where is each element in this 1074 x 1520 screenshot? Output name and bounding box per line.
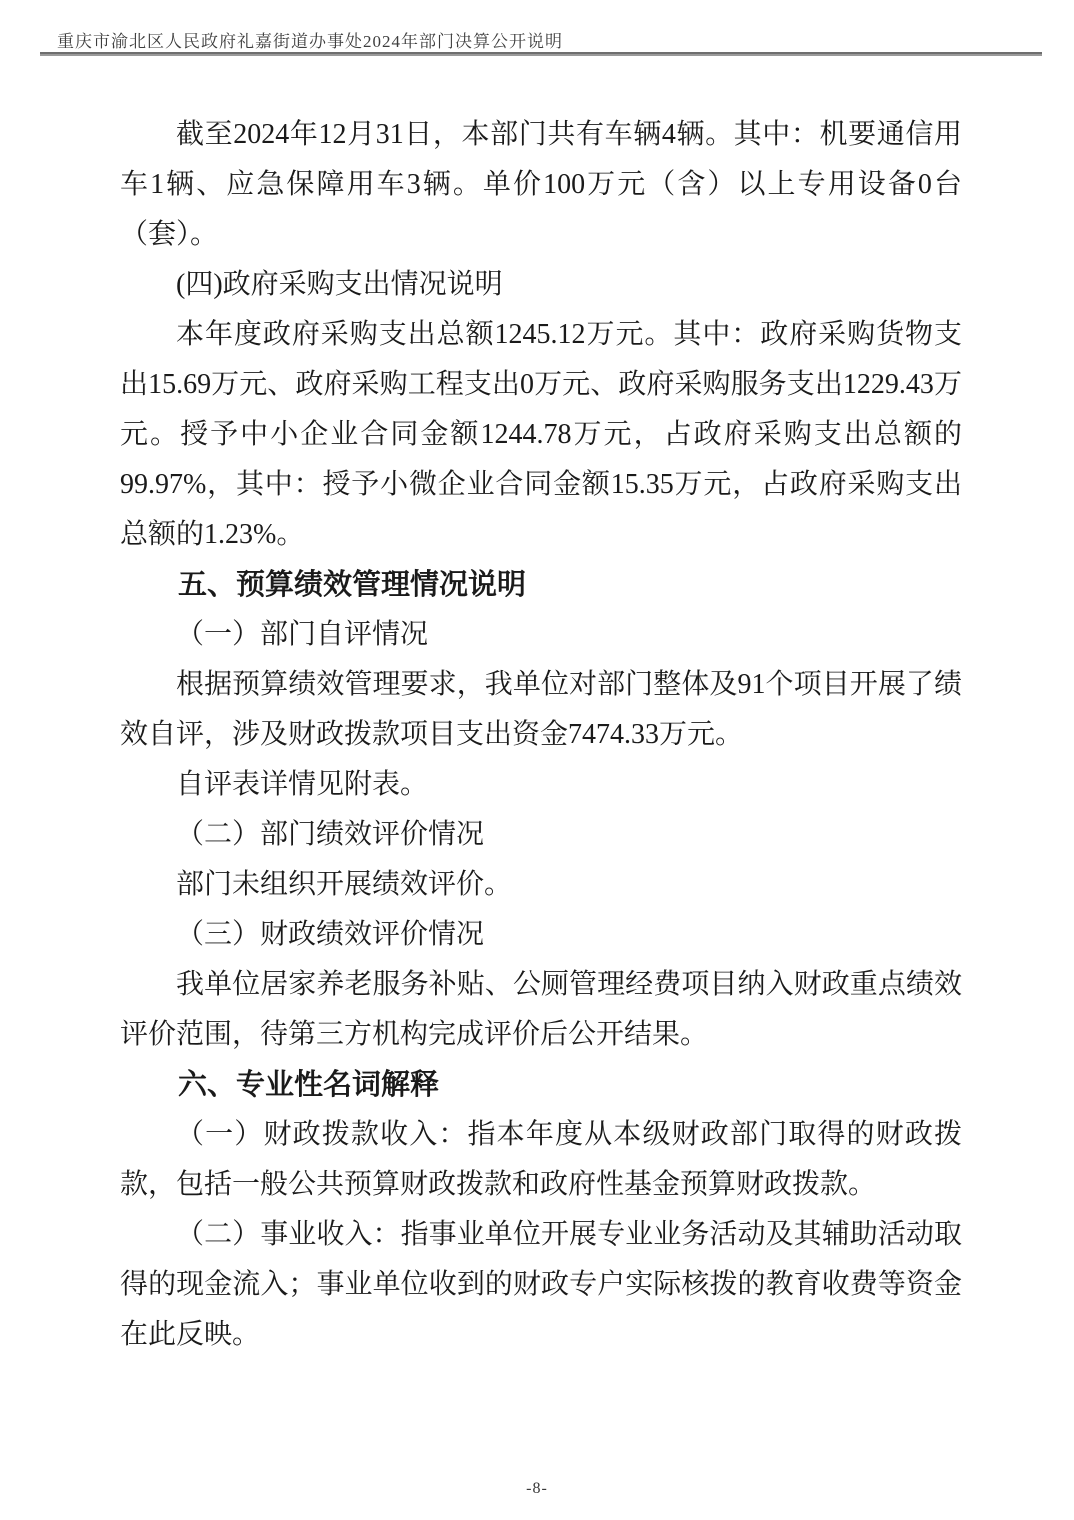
paragraph: 自评表详情见附表。: [120, 760, 962, 810]
page-header-title: 重庆市渝北区人民政府礼嘉街道办事处2024年部门决算公开说明: [57, 27, 563, 52]
section-heading: 五、预算绩效管理情况说明: [120, 560, 962, 610]
subsection-heading: （二）部门绩效评价情况: [120, 810, 962, 860]
paragraph: （一）财政拨款收入：指本年度从本级财政部门取得的财政拨款，包括一般公共预算财政拨…: [120, 1110, 962, 1210]
subsection-heading: (四)政府采购支出情况说明: [120, 260, 962, 310]
paragraph: 部门未组织开展绩效评价。: [120, 860, 962, 910]
paragraph: 截至2024年12月31日，本部门共有车辆4辆。其中：机要通信用车1辆、应急保障…: [120, 110, 962, 260]
document-body: 截至2024年12月31日，本部门共有车辆4辆。其中：机要通信用车1辆、应急保障…: [120, 110, 962, 1360]
subsection-heading: （三）财政绩效评价情况: [120, 910, 962, 960]
paragraph: 本年度政府采购支出总额1245.12万元。其中：政府采购货物支出15.69万元、…: [120, 310, 962, 560]
section-heading: 六、专业性名词解释: [120, 1060, 962, 1110]
header-rule-divider: [40, 52, 1042, 56]
paragraph: 我单位居家养老服务补贴、公厕管理经费项目纳入财政重点绩效评价范围，待第三方机构完…: [120, 960, 962, 1060]
subsection-heading: （一）部门自评情况: [120, 610, 962, 660]
page-number: -8-: [0, 1480, 1074, 1498]
paragraph: 根据预算绩效管理要求，我单位对部门整体及91个项目开展了绩效自评，涉及财政拨款项…: [120, 660, 962, 760]
paragraph: （二）事业收入：指事业单位开展专业业务活动及其辅助活动取得的现金流入；事业单位收…: [120, 1210, 962, 1360]
